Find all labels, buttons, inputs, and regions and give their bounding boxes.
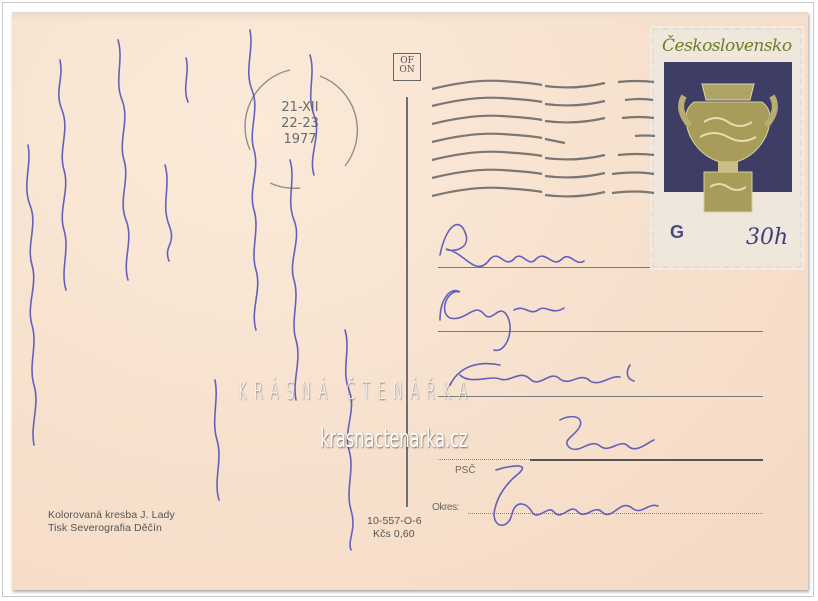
stamp-panel xyxy=(664,62,792,192)
postmark-time-line: 22-23 xyxy=(270,116,330,132)
postal-code-dots xyxy=(438,459,533,460)
stamp-country: Československo xyxy=(662,36,792,56)
postmark-year-line: 1977 xyxy=(270,132,330,148)
district-dots xyxy=(468,513,763,514)
address-line-3 xyxy=(438,396,763,397)
stamp-value: 30h xyxy=(746,225,788,250)
watermark-url: krasnactenarka.cz xyxy=(320,424,468,454)
postmark-date: 21-XII 22-23 1977 xyxy=(270,100,330,148)
publisher-logo-text: OF ON xyxy=(399,56,414,75)
address-line-2 xyxy=(438,331,763,332)
okres-label: Okres: xyxy=(432,502,459,513)
printed-code-block: 10-557-O-6 Kčs 0,60 xyxy=(367,515,422,541)
printed-code: 10-557-O-6 xyxy=(367,515,422,528)
printed-price: Kčs 0,60 xyxy=(367,528,422,541)
address-line-city xyxy=(530,459,763,461)
watermark-title: KRÁSNÁ ČTENÁŘKA xyxy=(238,377,474,405)
postmark-date-line: 21-XII xyxy=(270,100,330,116)
credit-line-2: Tisk Severografia Děčín xyxy=(48,522,175,535)
publisher-logo: OF ON xyxy=(393,53,421,81)
vase-illustration xyxy=(664,62,792,212)
printed-credit: Kolorovaná kresba J. Lady Tisk Severogra… xyxy=(48,509,175,535)
stamp-mark-icon: G xyxy=(670,222,684,243)
psc-label: PSČ xyxy=(455,465,476,476)
credit-line-1: Kolorovaná kresba J. Lady xyxy=(48,509,175,522)
postage-stamp: Československo G 30h xyxy=(652,28,802,268)
